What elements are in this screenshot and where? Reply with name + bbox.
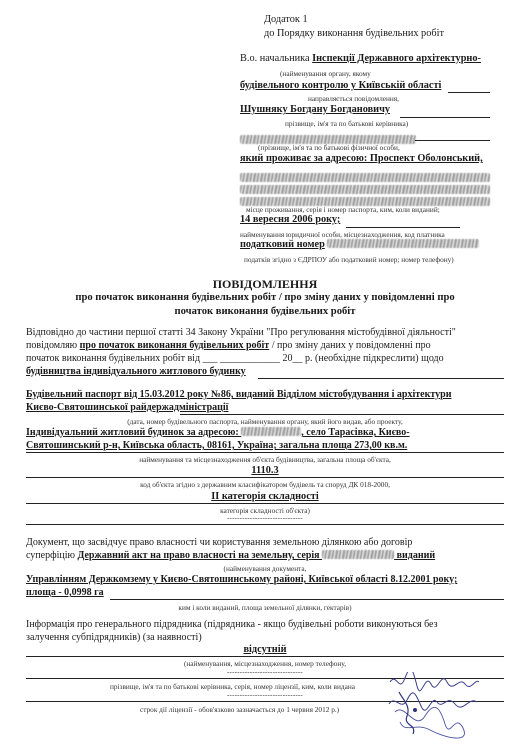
land-line-2: суперфіцію Державний акт на право власно…: [26, 550, 435, 561]
title-sub-2: початок виконання будівельних робіт: [0, 306, 530, 317]
redacted-street: [241, 427, 301, 436]
hint-land-doc: (найменування документа,: [0, 564, 530, 573]
land-line-1: Документ, що засвідчує право власності ч…: [26, 537, 412, 548]
hint-person: (прізвище, ім'я та по батькові фізичної …: [258, 143, 400, 152]
tax-number-line: податковий номер: [240, 239, 479, 250]
hint-object: найменування та місцезнаходження об'єкта…: [0, 455, 530, 464]
construction-type: будівництва індивідуального житлового бу…: [26, 366, 246, 377]
redacted-tax-number: [327, 239, 479, 248]
hint-land: ким і коли виданий, площа земельної діля…: [0, 603, 530, 612]
page-title: ПОВІДОМЛЕННЯ: [0, 277, 530, 292]
passport-line-1: Будівельний паспорт від 15.03.2012 року …: [26, 389, 451, 400]
object-line-2: Святошинський р-н, Київська область, 081…: [26, 440, 407, 451]
address-label: який проживає за адресою: Проспект Оболо…: [240, 153, 483, 164]
contractor-line-2: залучення субпідрядників) (за наявності): [26, 632, 202, 643]
contractor-line-1: Інформація про генерального підрядника (…: [26, 619, 438, 630]
selected-option: про початок виконання будівельних робіт: [80, 340, 270, 351]
hint-tax: податків згідно з ЄДРПОУ або податковий …: [244, 255, 454, 264]
hint-contractor-2: прізвище, ім'я та по батькові керівника,…: [110, 682, 355, 691]
hint-residence: місце проживання, серія і номер паспорта…: [246, 205, 440, 214]
p1-line-3: початок виконання будівельних робіт від …: [26, 353, 444, 364]
appendix-subtitle: до Порядку виконання будівельних робіт: [264, 28, 444, 39]
p1-line-2: повідомляю про початок виконання будівел…: [26, 340, 504, 351]
hint-head: прізвище, ім'я та по батькові керівника): [285, 119, 408, 128]
complexity-category: ІІ категорія складності: [0, 491, 530, 502]
organ-name-part2: будівельного контролю у Київській област…: [240, 80, 441, 91]
hint-organ: (найменування органу, якому: [280, 69, 371, 78]
head-name: Шушняку Богдану Богдановичу: [240, 104, 390, 115]
land-line-3: Управлінням Держкомзему у Києво-Святошин…: [26, 574, 457, 585]
hint-code: код об'єкта згідно з державним класифіка…: [0, 480, 530, 489]
tax-label: податковий номер: [240, 239, 325, 250]
object-code: 1110.3: [0, 465, 530, 476]
issue-date: 14 вересня 2006 року;: [240, 214, 340, 225]
hint-contractor-1: (найменування, місцезнаходження, номер т…: [0, 659, 530, 668]
object-line-1: Індивідуальний житловий будинок за адрес…: [26, 427, 410, 438]
title-sub-1: про початок виконання будівельних робіт …: [0, 292, 530, 303]
dashes-placeholder: ------------------------------: [0, 514, 530, 522]
document-page: Додаток 1 до Порядку виконання будівельн…: [0, 0, 530, 750]
hint-contractor-3: строк дії ліцензії - обов'язково зазнача…: [140, 705, 339, 714]
appendix-label: Додаток 1: [264, 14, 308, 25]
hint-passport: (дата, номер будівельного паспорта, найм…: [0, 417, 530, 426]
contractor-value: відсутній: [0, 644, 530, 655]
passport-line-2: Києво-Святошинської райдержадміністрації: [26, 402, 228, 413]
organ-name-part1: Інспекції Державного архітектурно-: [312, 53, 481, 64]
p1-line-1: Відповідно до частини першої статті 34 З…: [26, 327, 456, 338]
land-area: площа - 0,0998 га: [26, 587, 104, 598]
signature-icon: [385, 672, 480, 742]
addressee-line-1: В.о. начальника Інспекції Державного арх…: [240, 53, 481, 64]
hint-legal: найменування юридичної особи, місцезнахо…: [240, 230, 445, 239]
redacted-series: [322, 550, 394, 559]
hint-direction: направляється повідомлення,: [308, 94, 399, 103]
